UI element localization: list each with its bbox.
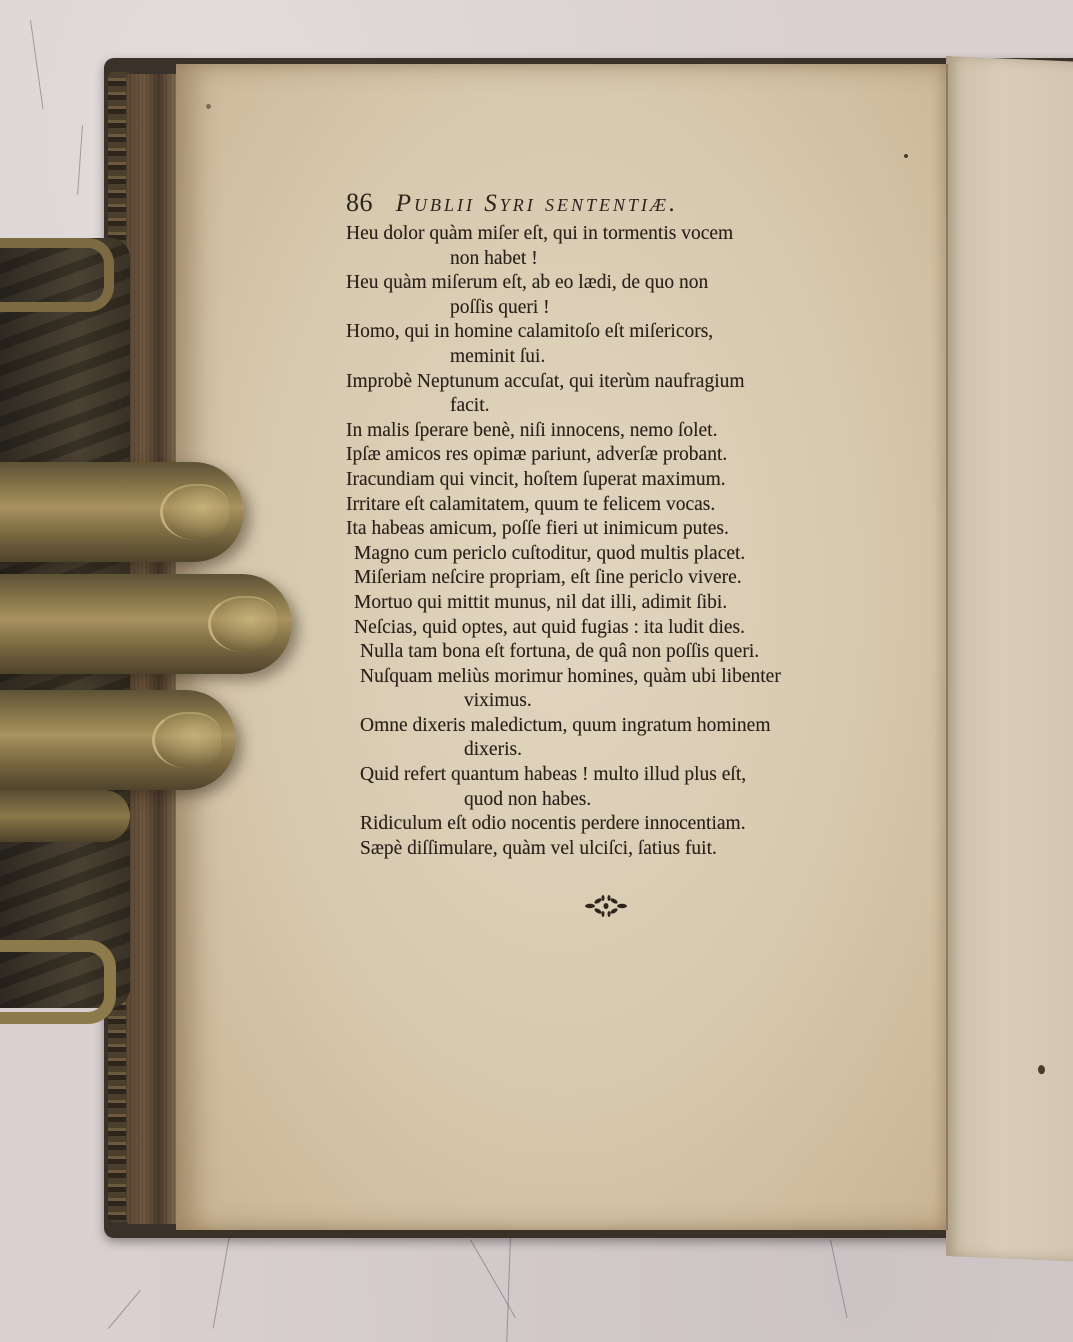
sententia-item: Omne dixeris maledictum, quum ingratum h…: [346, 714, 866, 763]
paper-fiber: [30, 20, 44, 109]
sententia-item: Homo, qui in homine calamitoſo eſt miſer…: [346, 320, 866, 369]
brass-clip-bottom-loop: [0, 940, 116, 1024]
fingernail: [208, 596, 277, 652]
sententia-item: Improbè Neptunum accuſat, qui iterùm nau…: [346, 370, 866, 419]
right-page: [946, 56, 1073, 1262]
sententia-item: Quid refert quantum habeas ! multo illud…: [346, 763, 866, 812]
fingernail: [152, 712, 221, 768]
page-number: 86: [346, 188, 373, 217]
sententia-item: Nuſquam meliùs morimur homines, quàm ubi…: [346, 665, 866, 714]
floral-tailpiece-icon: [580, 892, 632, 920]
foxing-spot: [1038, 1065, 1045, 1074]
sententia-item: Heu dolor quàm miſer eſt, qui in torment…: [346, 222, 866, 271]
brass-finger-middle: [0, 574, 292, 674]
sententia-item: Magno cum periclo cuſtoditur, quod multi…: [346, 542, 866, 567]
sententiae-list: Heu dolor quàm miſer eſt, qui in torment…: [346, 222, 866, 861]
sententia-item: Mortuo qui mittit munus, nil dat illi, a…: [346, 591, 866, 616]
sententia-item: Heu quàm miſerum eſt, ab eo lædi, de quo…: [346, 271, 866, 320]
paper-fiber: [77, 125, 83, 195]
paper-fiber: [213, 1230, 231, 1329]
sententia-item: Miſeriam neſcire propriam, eſt ſine peri…: [346, 566, 866, 591]
foxing-spot: [206, 104, 211, 109]
sententia-item: Ridiculum eſt odio nocentis perdere inno…: [346, 812, 866, 837]
sententia-item: Neſcias, quid optes, aut quid fugias : i…: [346, 616, 866, 641]
paper-fiber: [506, 1235, 511, 1342]
brass-finger-lower: [0, 690, 236, 790]
sententia-item: Ita habeas amicum, poſſe fieri ut inimic…: [346, 517, 866, 542]
paper-fiber: [830, 1240, 848, 1318]
brass-clip-top-loop: [0, 238, 114, 312]
running-title: Publii Syri sententiæ.: [396, 190, 679, 217]
running-head: 86 Publii Syri sententiæ.: [346, 188, 866, 218]
sententia-item: In malis ſperare benè, niſi innocens, ne…: [346, 419, 866, 444]
brass-finger-upper: [0, 462, 244, 562]
fingernail: [160, 484, 229, 540]
sententia-item: Irritare eſt calamitatem, quum te felice…: [346, 493, 866, 518]
sententia-item: Sæpè diſſimulare, quàm vel ulciſci, ſati…: [346, 837, 866, 862]
paper-fiber: [108, 1290, 141, 1329]
brass-clip-thumb: [0, 790, 130, 842]
sententia-item: Ipſæ amicos res opimæ pariunt, adverſæ p…: [346, 443, 866, 468]
foxing-spot: [904, 154, 908, 158]
sententia-item: Nulla tam bona eſt fortuna, de quâ non p…: [346, 640, 866, 665]
sententia-item: Iracundiam qui vincit, hoſtem ſuperat ma…: [346, 468, 866, 493]
